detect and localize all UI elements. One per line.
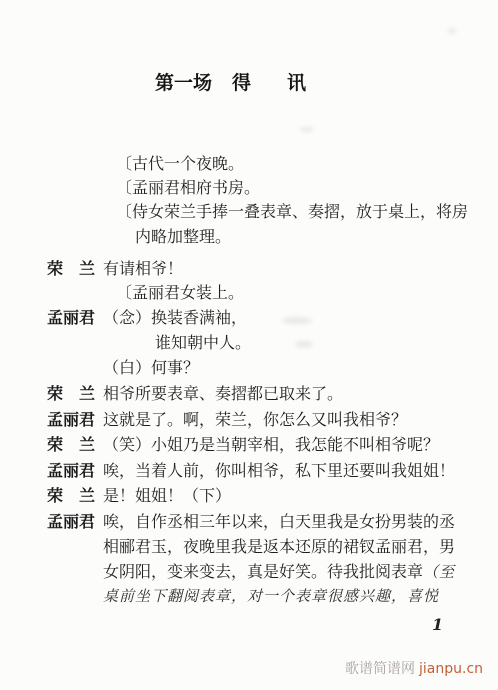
dialogue-text: 有请相爷！	[103, 258, 183, 279]
speaker-name: 荣 兰	[47, 485, 95, 506]
dialogue-line: 荣 兰 是！姐姐！（下）	[0, 485, 498, 506]
speaker-name: 荣 兰	[47, 434, 95, 455]
dialogue-line: 荣 兰 （笑）小姐乃是当朝宰相，我怎能不叫相爷呢？	[0, 434, 498, 455]
dialogue-text: 是！姐姐！（下）	[103, 485, 231, 506]
watermark-site-url: jianpu.cn	[419, 661, 483, 677]
page-number: 1	[432, 615, 443, 634]
dialogue-text: （白）何事？	[103, 357, 199, 378]
speaker-name: 孟丽君	[47, 460, 95, 481]
scene-title-word2: 讯	[287, 72, 306, 94]
scan-smudge	[448, 28, 456, 34]
dialogue-line: 孟丽君 （念）换装香满袖，	[0, 307, 498, 328]
scene-title: 第一场得讯	[155, 71, 306, 95]
scan-smudge	[300, 127, 314, 132]
stage-direction: 〔孟丽君相府书房。	[0, 177, 498, 198]
scan-smudge	[295, 341, 313, 348]
dialogue-text: 女阴阳，变来变去，真是好笑。待我批阅表章（至	[103, 561, 455, 583]
stage-direction-text: 桌前坐下翻阅表章，对一个表章很感兴趣，喜悦	[103, 586, 439, 607]
dialogue-continuation: 女阴阳，变来变去，真是好笑。待我批阅表章（至	[0, 561, 498, 582]
dialogue-text: 相爷所要表章、奏摺都已取来了。	[103, 383, 343, 404]
speaker-name: 孟丽君	[47, 307, 95, 328]
dialogue-text: 相郦君玉，夜晚里我是返本还原的裙钗孟丽君，男	[103, 536, 455, 557]
dialogue-line: 荣 兰 相爷所要表章、奏摺都已取来了。	[0, 383, 498, 404]
stage-direction-continuation: 内略加整理。	[0, 226, 498, 247]
stage-direction-text: 〔孟丽君相府书房。	[116, 177, 260, 198]
dialogue-text: （念）换装香满袖，	[103, 307, 247, 328]
dialogue-text: 这就是了。啊，荣兰，你怎么又叫我相爷？	[103, 409, 407, 430]
stage-direction: 〔孟丽君女装上。	[0, 282, 498, 303]
watermark-site-name: 歌谱简谱网	[345, 661, 415, 677]
dialogue-text: （笑）小姐乃是当朝宰相，我怎能不叫相爷呢？	[103, 434, 439, 455]
stage-direction: 〔侍女荣兰手捧一叠表章、奏摺，放于桌上，将房	[0, 201, 498, 222]
stage-direction: 〔古代一个夜晚。	[0, 153, 498, 174]
verse-text: 谁知朝中人。	[155, 332, 251, 353]
stage-direction-text: 〔古代一个夜晚。	[116, 153, 244, 174]
inline-stage-direction-start: （至	[423, 563, 455, 581]
verse-line: 谁知朝中人。	[0, 332, 498, 353]
speaker-name: 孟丽君	[47, 409, 95, 430]
dialogue-continuation: 相郦君玉，夜晚里我是返本还原的裙钗孟丽君，男	[0, 536, 498, 557]
dialogue-line: 孟丽君 唉，当着人前，你叫相爷，私下里还要叫我姐姐！	[0, 460, 498, 481]
dialogue-line: 孟丽君 唉，自作丞相三年以来，白天里我是女扮男装的丞	[0, 511, 498, 532]
stage-direction-text: 内略加整理。	[135, 226, 231, 247]
speaker-name: 孟丽君	[47, 511, 95, 532]
dialogue-text: 唉，当着人前，你叫相爷，私下里还要叫我姐姐！	[103, 460, 455, 481]
scene-title-word1: 得	[232, 72, 251, 94]
speaker-name: 荣 兰	[47, 383, 95, 404]
dialogue-line: 荣 兰 有请相爷！	[0, 258, 498, 279]
stage-direction-text: 〔孟丽君女装上。	[116, 282, 244, 303]
dialogue-text: 唉，自作丞相三年以来，白天里我是女扮男装的丞	[103, 511, 455, 532]
scene-title-number: 第一场	[155, 72, 212, 94]
watermark: 歌谱简谱网jianpu.cn	[345, 661, 483, 678]
inline-stage-direction: 桌前坐下翻阅表章，对一个表章很感兴趣，喜悦	[0, 586, 498, 607]
dialogue-continuation: （白）何事？	[0, 357, 498, 378]
scanned-script-page: 第一场得讯 〔古代一个夜晚。 〔孟丽君相府书房。 〔侍女荣兰手捧一叠表章、奏摺，…	[0, 0, 498, 690]
stage-direction-text: 〔侍女荣兰手捧一叠表章、奏摺，放于桌上，将房	[116, 201, 468, 222]
dialogue-text-main: 女阴阳，变来变去，真是好笑。待我批阅表章	[103, 562, 423, 581]
scan-smudge	[282, 317, 312, 324]
speaker-name: 荣 兰	[47, 258, 95, 279]
dialogue-line: 孟丽君 这就是了。啊，荣兰，你怎么又叫我相爷？	[0, 409, 498, 430]
